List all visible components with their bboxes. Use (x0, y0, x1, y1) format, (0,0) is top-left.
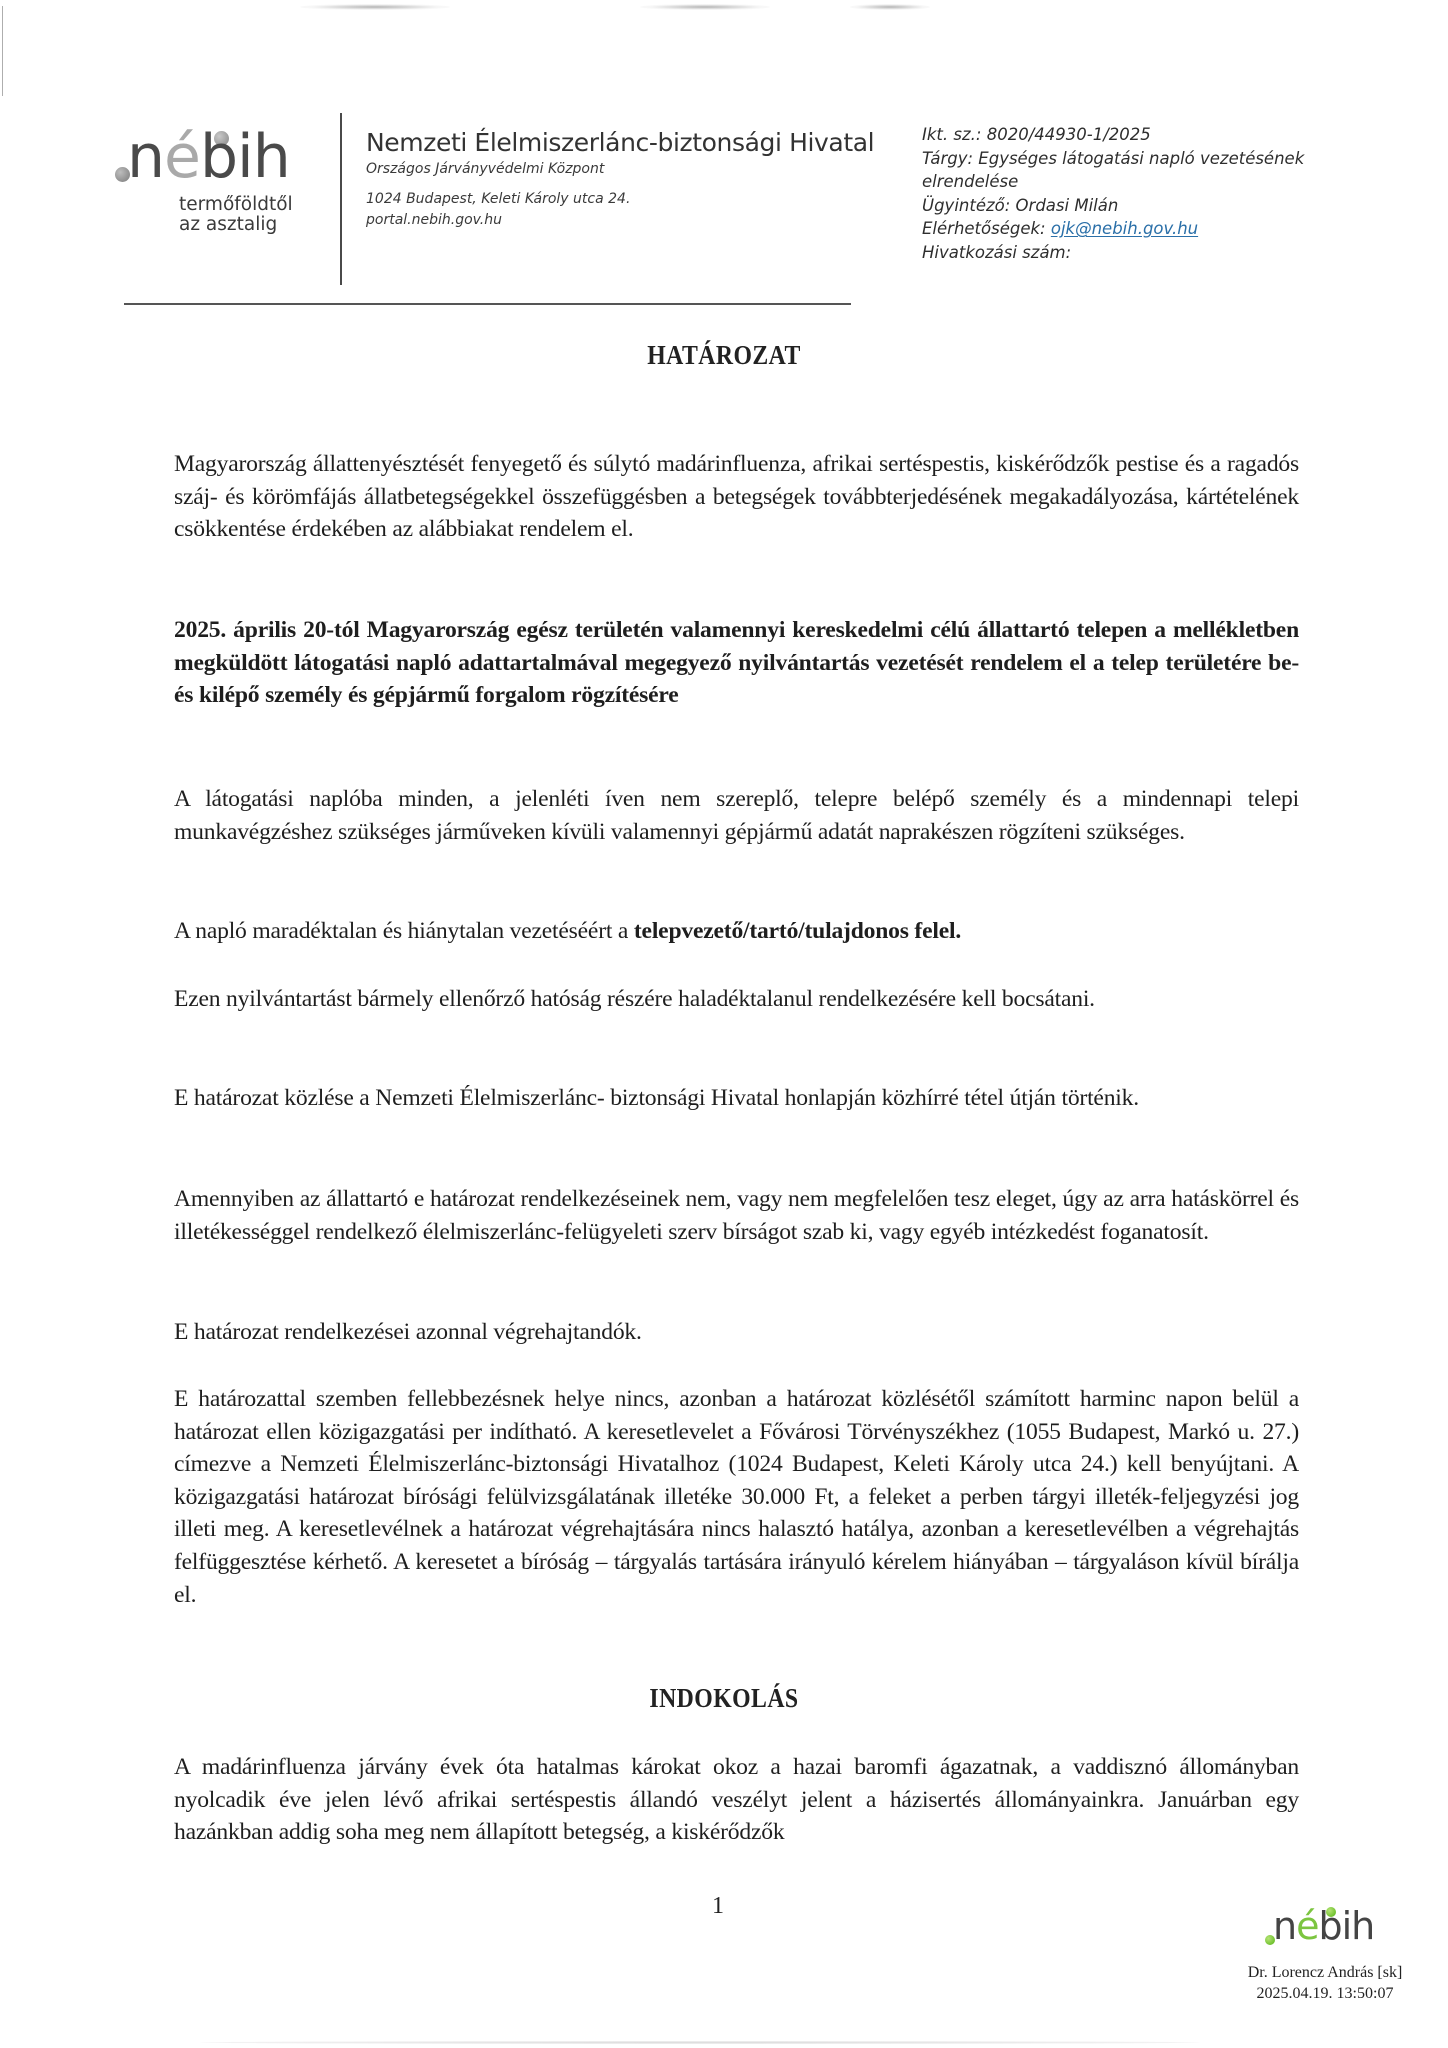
header-divider (340, 113, 342, 285)
contact: Elérhetőségek: ojk@nebih.gov.hu (922, 217, 1304, 241)
nebih-logo: nébih termőföldtől az asztalig (113, 127, 328, 277)
logo-wordmark: nébih (113, 127, 290, 187)
stamp-letter-e: é (1296, 1904, 1318, 1948)
stamp-letters-bih: bih (1318, 1904, 1374, 1948)
paragraph-availability: Ezen nyilvántartást bármely ellenőrző ha… (174, 983, 1299, 1016)
organization-name: Nemzeti Élelmiszerlánc-biztonsági Hivata… (366, 128, 874, 158)
subject: Tárgy: Egységes látogatási napló vezetés… (922, 147, 1304, 171)
logo-tagline: termőföldtől az asztalig (179, 195, 293, 235)
document-meta: Ikt. sz.: 8020/44930-1/2025 Tárgy: Egysé… (922, 123, 1304, 264)
stamp-logo: nébih (1265, 1905, 1385, 1955)
logo-letter-e: é (164, 122, 200, 192)
contact-label: Elérhetőségek: (922, 219, 1046, 238)
paragraph-order: 2025. április 20-tól Magyarország egész … (174, 614, 1299, 712)
logo-letters-bih: bih (200, 122, 290, 192)
reference: Hivatkozási szám: (922, 241, 1304, 265)
header-rule (124, 303, 851, 305)
scan-smudge-artifact (300, 4, 450, 10)
paragraph-responsibility: A napló maradéktalan és hiánytalan vezet… (174, 915, 1299, 948)
logo-tagline-line1: termőföldtől (179, 195, 293, 215)
officer: Ügyintéző: Ordasi Milán (922, 194, 1304, 218)
document-title: HATÁROZAT (87, 340, 1361, 371)
responsibility-bold-text: telepvezető/tartó/tulajdonos felel. (634, 918, 961, 944)
organization-block: Nemzeti Élelmiszerlánc-biztonsági Hivata… (366, 128, 874, 229)
paragraph-intro: Magyarország állattenyésztését fenyegető… (174, 448, 1299, 546)
paragraph-publication: E határozat közlése a Nemzeti Élelmiszer… (174, 1082, 1299, 1115)
subject-value-line2: elrendelése (922, 170, 1304, 194)
stamp-letter-n: n (1273, 1904, 1296, 1948)
stamp-wordmark: nébih (1273, 1905, 1374, 1947)
reference-label: Hivatkozási szám: (922, 243, 1071, 262)
officer-label: Ügyintéző: (922, 196, 1010, 215)
paragraph-log-requirements: A látogatási naplóba minden, a jelenléti… (174, 783, 1299, 848)
signer-info: Dr. Lorencz András [sk] 2025.04.19. 13:5… (1225, 1962, 1425, 2004)
contact-email-link[interactable]: ojk@nebih.gov.hu (1051, 219, 1198, 238)
subject-label: Tárgy: (922, 149, 973, 168)
responsibility-text: A napló maradéktalan és hiánytalan vezet… (174, 918, 634, 944)
file-number-value: 8020/44930-1/2025 (987, 125, 1151, 144)
subject-value-line1: Egységes látogatási napló vezetésének (978, 149, 1304, 168)
officer-value: Ordasi Milán (1016, 196, 1119, 215)
scan-smudge-artifact (850, 4, 930, 10)
paragraph-sanctions: Amennyiben az állattartó e határozat ren… (174, 1183, 1299, 1248)
organization-website: portal.nebih.gov.hu (366, 211, 874, 229)
file-number: Ikt. sz.: 8020/44930-1/2025 (922, 123, 1304, 147)
scan-edge-artifact (2, 6, 3, 96)
organization-address: 1024 Budapest, Keleti Károly utca 24. (366, 189, 874, 209)
scan-smudge-artifact (200, 2041, 1200, 2044)
signer-name: Dr. Lorencz András [sk] (1225, 1962, 1425, 1983)
scan-smudge-artifact (640, 4, 770, 10)
paragraph-enforcement: E határozat rendelkezései azonnal végreh… (174, 1316, 1299, 1349)
signature-timestamp: 2025.04.19. 13:50:07 (1225, 1983, 1425, 2004)
paragraph-justification: A madárinfluenza járvány évek óta hatalm… (174, 1751, 1299, 1849)
page-number: 1 (712, 1893, 724, 1920)
paragraph-legal-remedy: E határozattal szemben fellebbezésnek he… (174, 1383, 1299, 1611)
logo-tagline-line2: az asztalig (179, 215, 293, 235)
justification-title: INDOKOLÁS (87, 1683, 1361, 1714)
organization-department: Országos Járványvédelmi Központ (366, 160, 874, 178)
file-number-label: Ikt. sz.: (922, 125, 981, 144)
logo-letter-n: n (127, 122, 164, 192)
